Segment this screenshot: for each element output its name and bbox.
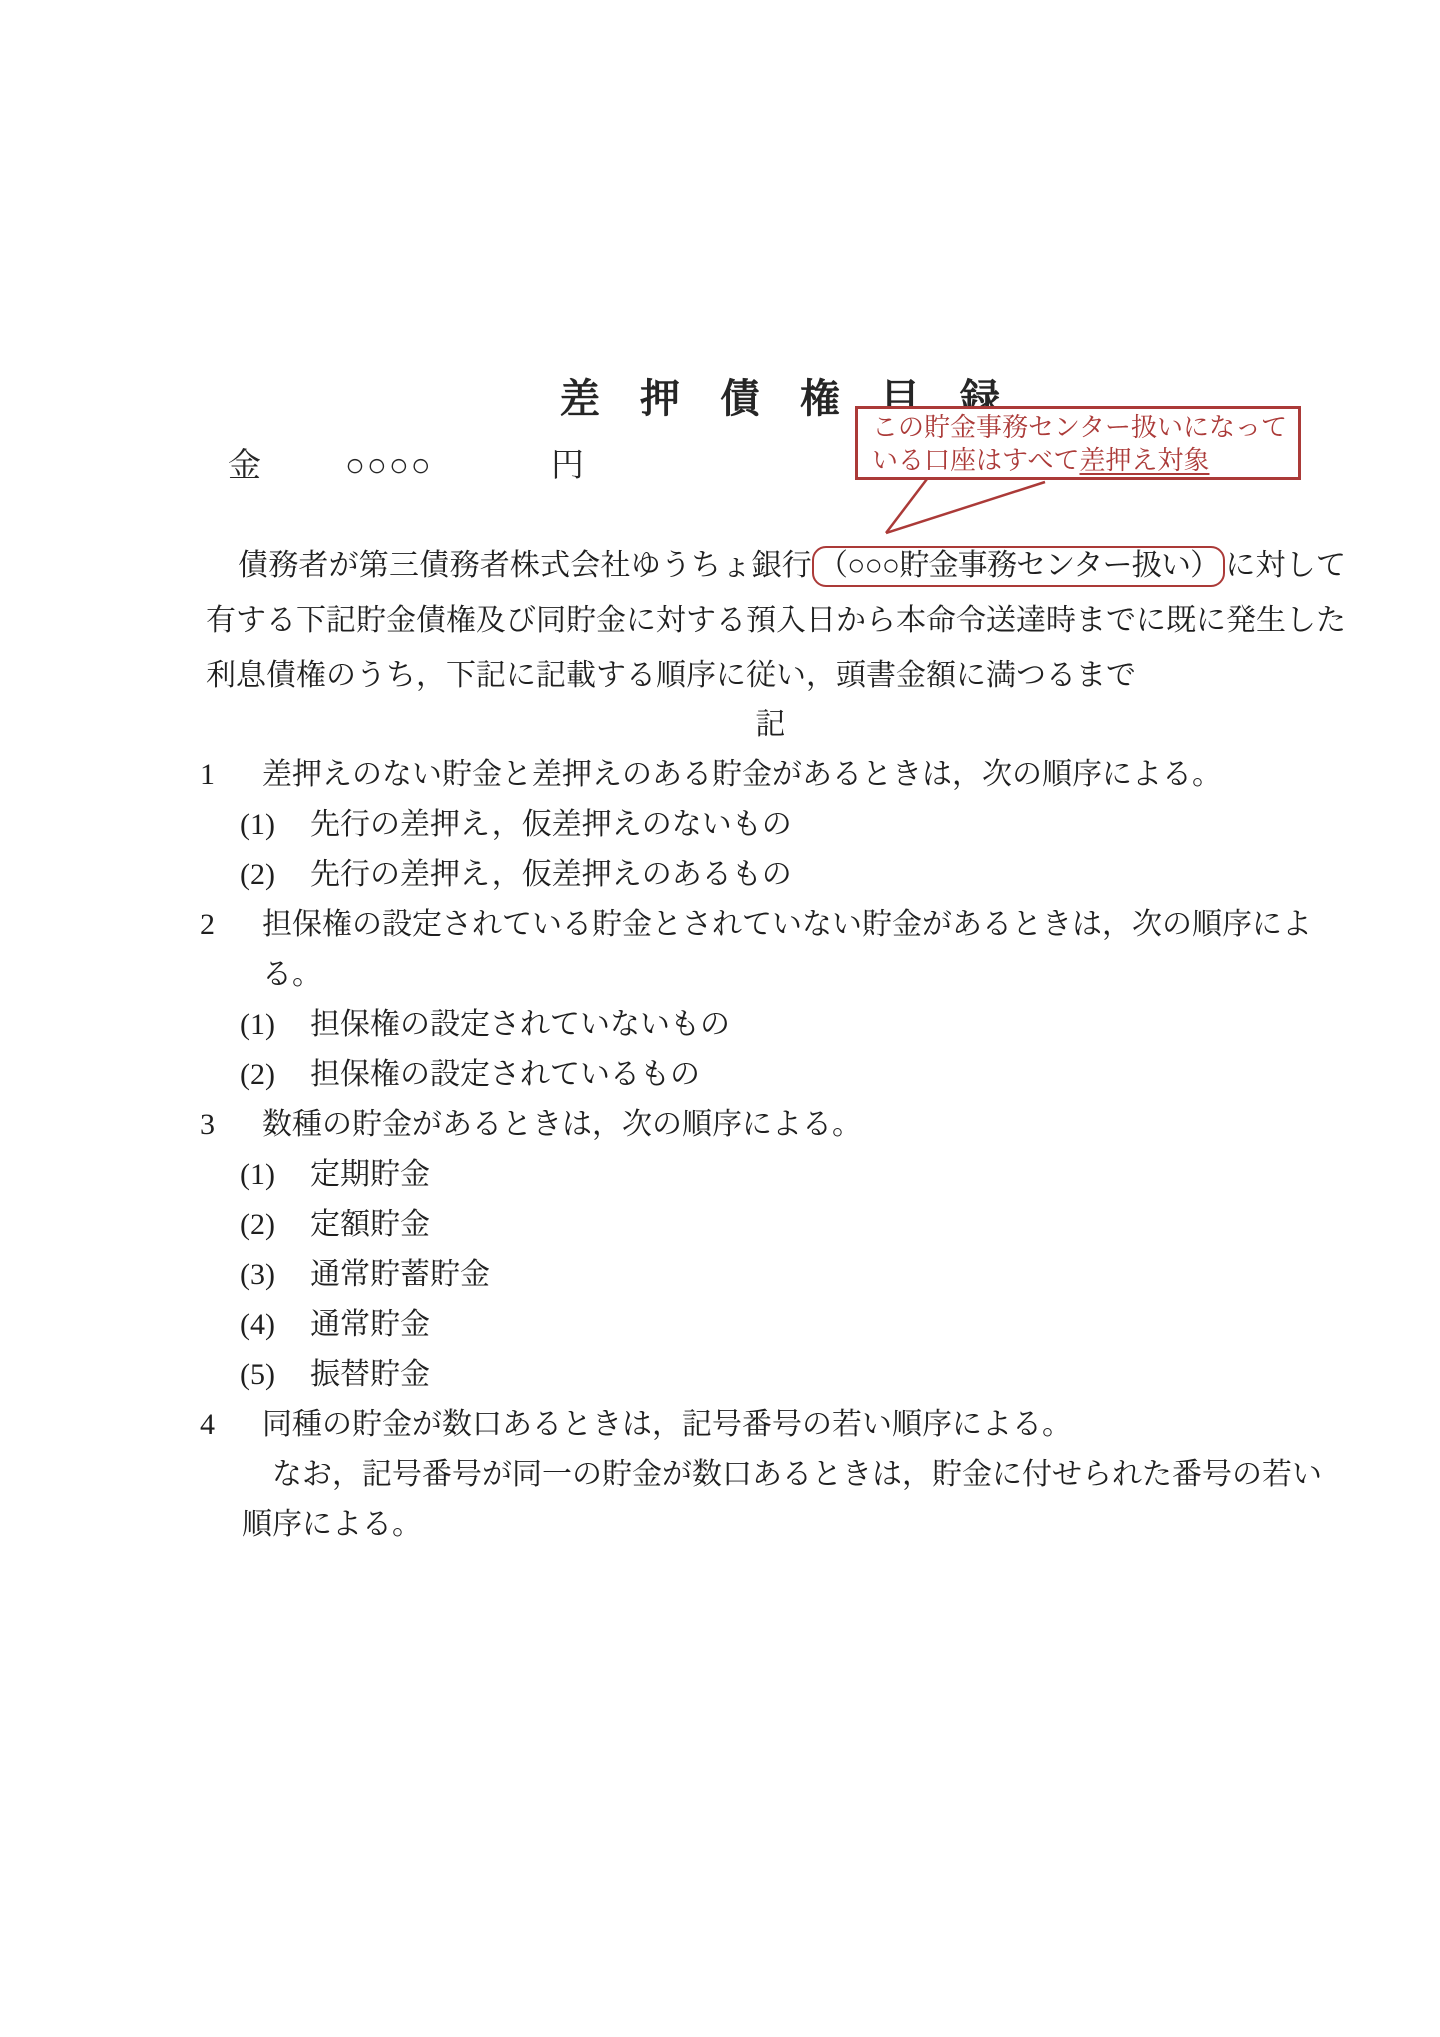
list-subitem-text: 振替貯金	[310, 1350, 1335, 1400]
list-subitem-text: 先行の差押え，仮差押えのあるもの	[310, 850, 1335, 900]
list-subitem-number: (4)	[240, 1300, 310, 1350]
list-subitem-text: 通常貯蓄貯金	[310, 1250, 1335, 1300]
callout-pointer-lines	[860, 470, 1080, 540]
list-subitem: (4) 通常貯金	[0, 1300, 1440, 1350]
list-item: 2 担保権の設定されている貯金とされていない貯金があるときは，次の順序による。	[0, 900, 1440, 1000]
list-subitem: (5) 振替貯金	[0, 1350, 1440, 1400]
list-subitem-number: (1)	[240, 800, 310, 850]
list-item-note: なお，記号番号が同一の貯金が数口あるときは，貯金に付せられた番号の若い順序による…	[0, 1450, 1440, 1550]
ordered-list-section: 記 1 差押えのない貯金と差押えのある貯金があるときは，次の順序による。 (1)…	[0, 700, 1440, 1550]
list-subitem-number: (2)	[240, 850, 310, 900]
list-item-text: 差押えのない貯金と差押えのある貯金があるときは，次の順序による。	[262, 750, 1335, 800]
list-subitem-text: 通常貯金	[310, 1300, 1335, 1350]
list-item-number: 1	[200, 750, 262, 800]
list-subitem: (2) 先行の差押え，仮差押えのあるもの	[0, 850, 1440, 900]
list-subitem-number: (2)	[240, 1050, 310, 1100]
annotation-underlined-text: 差押え対象	[1079, 446, 1209, 475]
list-item: 1 差押えのない貯金と差押えのある貯金があるときは，次の順序による。	[0, 750, 1440, 800]
list-subitem-text: 先行の差押え，仮差押えのないもの	[310, 800, 1335, 850]
list-subitem-number: (2)	[240, 1200, 310, 1250]
list-item-text: 担保権の設定されている貯金とされていない貯金があるときは，次の順序による。	[262, 900, 1335, 1000]
list-subitem-text: 定期貯金	[310, 1150, 1335, 1200]
annotation-callout-box: この貯金事務センター扱いになって いる口座はすべて差押え対象	[855, 406, 1301, 480]
list-subitem-text: 担保権の設定されていないもの	[310, 1000, 1335, 1050]
list-item-text: 数種の貯金があるときは，次の順序による。	[262, 1100, 1335, 1150]
list-subitem: (3) 通常貯蓄貯金	[0, 1250, 1440, 1300]
body-paragraph: 債務者が第三債務者株式会社ゆうちょ銀行（○○○貯金事務センター扱い）に対して有す…	[206, 538, 1346, 703]
list-subitem-number: (1)	[240, 1150, 310, 1200]
list-item-text: 同種の貯金が数口あるときは，記号番号の若い順序による。	[262, 1400, 1335, 1450]
list-subitem: (1) 担保権の設定されていないもの	[0, 1000, 1440, 1050]
list-item: 4 同種の貯金が数口あるときは，記号番号の若い順序による。	[0, 1400, 1440, 1450]
list-item-number: 4	[200, 1400, 262, 1450]
list-subitem: (2) 定額貯金	[0, 1200, 1440, 1250]
list-subitem-text: 定額貯金	[310, 1200, 1335, 1250]
annotation-line-2-text: いる口座はすべて	[872, 446, 1079, 475]
list-item-number: 3	[200, 1100, 262, 1150]
list-subitem: (1) 先行の差押え，仮差押えのないもの	[0, 800, 1440, 850]
annotation-line-2: いる口座はすべて差押え対象	[872, 444, 1298, 477]
list-item: 3 数種の貯金があるときは，次の順序による。	[0, 1100, 1440, 1150]
document-page: 差 押 債 権 目 録 金 ○○○○ 円 この貯金事務センター扱いになって いる…	[0, 0, 1440, 2037]
amount-value-placeholder: ○○○○	[345, 446, 433, 486]
ki-heading: 記	[206, 700, 1335, 750]
list-subitem-number: (5)	[240, 1350, 310, 1400]
paragraph-text-before-box: 債務者が第三債務者株式会社ゆうちょ銀行	[238, 549, 812, 582]
list-subitem-number: (1)	[240, 1000, 310, 1050]
list-subitem: (1) 定期貯金	[0, 1150, 1440, 1200]
list-item-number: 2	[200, 900, 262, 1000]
boxed-text: （○○○貯金事務センター扱い）	[818, 549, 1219, 582]
list-item-note-text: なお，記号番号が同一の貯金が数口あるときは，貯金に付せられた番号の若い順序による…	[242, 1450, 1342, 1550]
annotation-line-1: この貯金事務センター扱いになって	[872, 411, 1298, 444]
jimu-center-highlight-box: （○○○貯金事務センター扱い）	[812, 546, 1225, 587]
amount-currency-label: 金	[228, 446, 261, 486]
list-subitem-text: 担保権の設定されているもの	[310, 1050, 1335, 1100]
list-subitem: (2) 担保権の設定されているもの	[0, 1050, 1440, 1100]
list-subitem-number: (3)	[240, 1250, 310, 1300]
amount-unit-label: 円	[551, 446, 584, 486]
